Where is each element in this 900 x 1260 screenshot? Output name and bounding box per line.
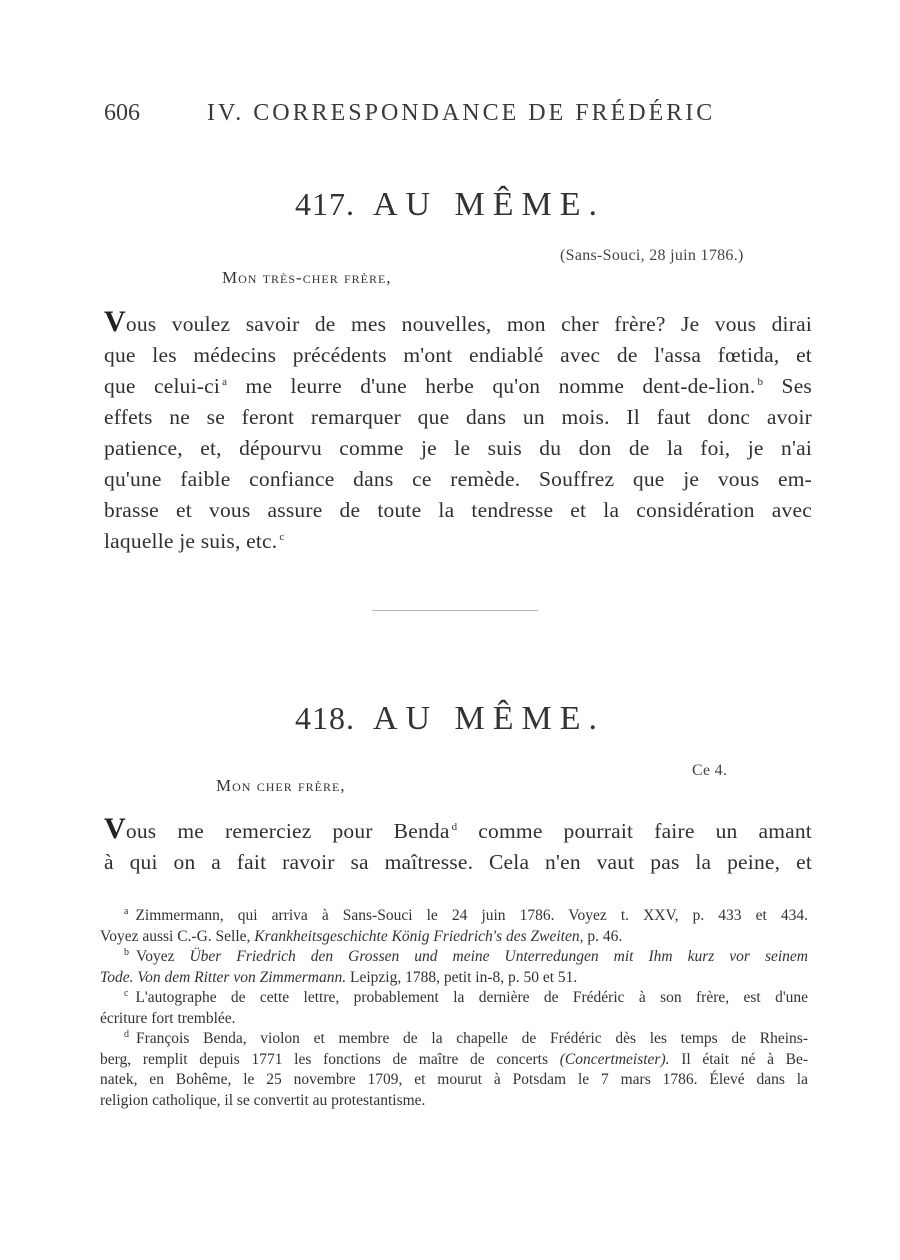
footnote-ref-d[interactable]: d	[452, 821, 458, 833]
body-line: que les médecins précédents m'ont endiab…	[104, 340, 812, 371]
body-line: brasse et vous assure de toute la tendre…	[104, 495, 812, 526]
book-title: Krankheitsgeschichte König Friedrich's d…	[254, 928, 579, 945]
dropcap: V	[104, 305, 126, 338]
footnote-d-cont: religion catholique, il se convertit au …	[100, 1091, 808, 1112]
letter-number: 418.	[295, 700, 355, 736]
footnote-ref-c[interactable]: c	[279, 531, 284, 543]
footnote-mark: d	[124, 1029, 129, 1040]
page-number: 606	[104, 100, 140, 127]
letter-number: 417.	[295, 186, 355, 222]
letter-417-body: Vous voulez savoir de mes nouvelles, mon…	[104, 306, 812, 557]
letter-title: AU MÊME.	[373, 700, 605, 737]
letter-418-dateline: Ce 4.	[692, 762, 727, 780]
section-separator	[372, 610, 538, 611]
body-line: qu'une faible confiance dans ce remède. …	[104, 464, 812, 495]
letter-418-heading: 418.AU MÊME.	[0, 700, 900, 738]
book-title: Über Friedrich den Grossen und meine Unt…	[189, 948, 808, 965]
footnote-d-cont: berg, remplit depuis 1771 les fonctions …	[100, 1050, 808, 1071]
body-line: que celui-cia me leurre d'une herbe qu'o…	[104, 371, 812, 402]
dropcap: V	[104, 812, 126, 845]
body-line: Vous voulez savoir de mes nouvelles, mon…	[104, 306, 812, 340]
letter-417-dateline: (Sans-Souci, 28 juin 1786.)	[560, 247, 744, 265]
footnote-c-cont: écriture fort tremblée.	[100, 1009, 808, 1030]
footnote-ref-a[interactable]: a	[222, 376, 227, 388]
footnote-mark: b	[124, 947, 129, 958]
footnote-ref-b[interactable]: b	[757, 376, 763, 388]
footnotes: aZimmermann, qui arriva à Sans-Souci le …	[100, 906, 808, 1111]
footnote-d: dFrançois Benda, violon et membre de la …	[100, 1029, 808, 1050]
footnote-b-cont: Tode. Von dem Ritter von Zimmermann. Lei…	[100, 968, 808, 989]
running-title: IV. CORRESPONDANCE DE FRÉDÉRIC	[207, 100, 715, 127]
footnote-a-cont: Voyez aussi C.-G. Selle, Krankheitsgesch…	[100, 927, 808, 948]
letter-417-salutation: Mon très-cher frère,	[222, 268, 392, 288]
body-line: à qui on a fait ravoir sa maîtresse. Cel…	[104, 847, 812, 878]
letter-418-body: Vous me remerciez pour Bendad comme pour…	[104, 813, 812, 878]
footnote-a: aZimmermann, qui arriva à Sans-Souci le …	[100, 906, 808, 927]
letter-417-heading: 417.AU MÊME.	[0, 186, 900, 224]
letter-title: AU MÊME.	[373, 186, 605, 223]
letter-418-salutation: Mon cher frère,	[216, 776, 346, 796]
footnote-mark: a	[124, 906, 128, 917]
book-title: Tode. Von dem Ritter von Zimmermann.	[100, 969, 346, 986]
body-line: laquelle je suis, etc.c	[104, 526, 812, 557]
footnote-c: cL'autographe de cette lettre, probablem…	[100, 988, 808, 1009]
body-line: patience, et, dépourvu comme je le suis …	[104, 433, 812, 464]
body-line: effets ne se feront remarquer que dans u…	[104, 402, 812, 433]
running-head: 606 IV. CORRESPONDANCE DE FRÉDÉRIC	[104, 100, 824, 134]
footnote-mark: c	[124, 988, 128, 999]
footnote-b: bVoyez Über Friedrich den Grossen und me…	[100, 947, 808, 968]
body-line: Vous me remerciez pour Bendad comme pour…	[104, 813, 812, 847]
footnote-d-cont: natek, en Bohême, le 25 novembre 1709, e…	[100, 1070, 808, 1091]
